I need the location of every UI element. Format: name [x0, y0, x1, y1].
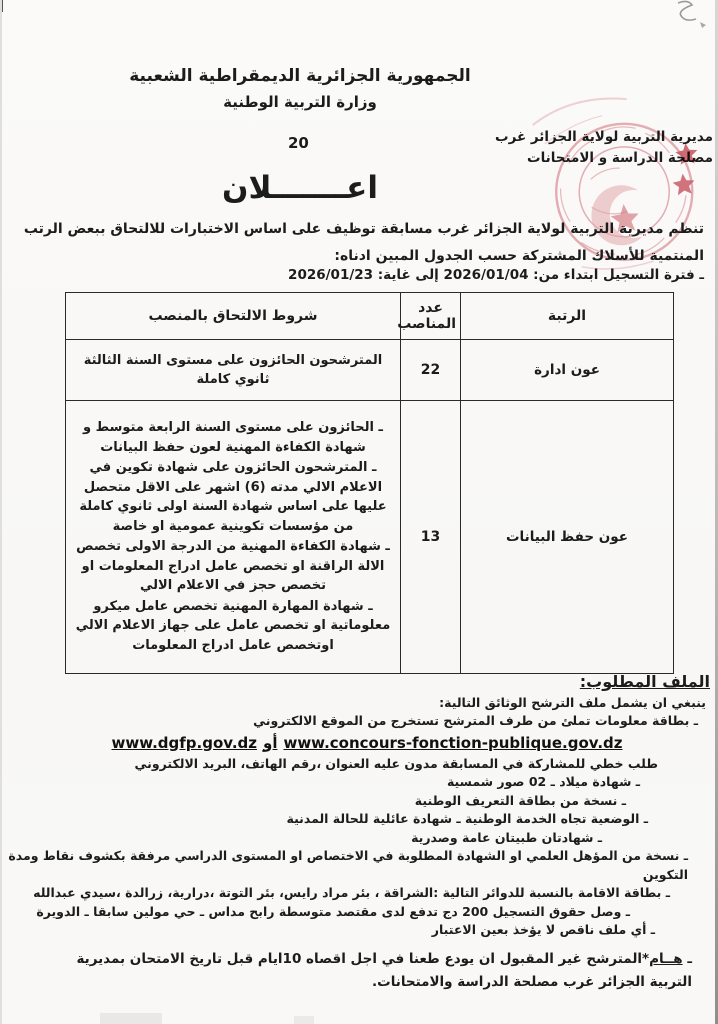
condition-line: ـ المترشحون الحائزون على شهادة تكوين في … — [70, 458, 396, 536]
stamp-red-star-icon — [672, 172, 696, 195]
header-conditions: شروط الالتحاق بالمنصب — [66, 293, 401, 340]
file-item: ـ شهادة ميلاد ـ 02 صور شمسية — [4, 773, 710, 792]
scanned-document-page: الجمهورية الجزائرية الديمقراطية الشعبية … — [0, 0, 718, 1024]
header-positions-count: عدد المناصب — [401, 293, 461, 340]
file-item: ـ نسخة من بطاقة التعريف الوطنية — [4, 792, 710, 811]
scan-artifact-smudge — [100, 1013, 162, 1024]
websites-line: www.concours-fonction-publique.gov.dzأوw… — [4, 731, 710, 755]
url-secondary-link: www.dgfp.gov.dz — [111, 734, 257, 752]
file-item: ـ أي ملف ناقص لا يؤخذ بعين الاعتبار — [4, 921, 710, 940]
url-or-separator: أو — [257, 734, 283, 752]
intro-paragraph: تنظم مديرية التربية لولاية الجزائر غرب م… — [12, 216, 704, 270]
file-item: ـ نسخة من المؤهل العلمي او الشهادة المطل… — [4, 847, 710, 884]
url-primary-link: www.concours-fonction-publique.gov.dz — [283, 734, 622, 752]
note-label: هــام — [649, 951, 683, 967]
scan-edge-left — [0, 0, 2, 1024]
header-rank: الرتبة — [461, 293, 674, 340]
conditions-cell: ـ الحائزون على مستوى السنة الرابعة متوسط… — [66, 401, 401, 674]
condition-line: ـ شهادة المهارة المهنية تخصص عامل ميكرو … — [70, 597, 396, 656]
condition-line: ـ شهادة الكفاءة المهنية من الدرجة الاولى… — [70, 537, 396, 596]
condition-line: ـ الحائزون على مستوى السنة الرابعة متوسط… — [70, 418, 396, 457]
recruitment-table: الرتبة عدد المناصب شروط الالتحاق بالمنصب… — [65, 292, 673, 674]
required-file-intro: ينبغي ان يشمل ملف الترشح الوثائق التالية… — [4, 694, 710, 712]
header-republic-line: الجمهورية الجزائرية الديمقراطية الشعبية — [0, 66, 600, 86]
registration-period: ـ فترة التسجيل ابتداء من: 2026/01/04 إلى… — [12, 267, 704, 283]
table-header-row: الرتبة عدد المناصب شروط الالتحاق بالمنصب — [66, 293, 674, 340]
rank-cell: عون حفظ البيانات — [461, 401, 674, 674]
file-item: طلب خطي للمشاركة في المسابقة مدون عليه ا… — [4, 755, 710, 774]
conditions-cell: المترشحون الحائزون على مستوى السنة الثال… — [66, 340, 401, 401]
header-directorate-line: مديرية التربية لولاية الجزائر غرب — [443, 127, 713, 148]
note-dash: ـ — [683, 951, 692, 967]
rank-cell: عون ادارة — [461, 340, 674, 401]
positions-count-cell: 13 — [401, 401, 461, 674]
important-note: ـ هــام*المترشح غير المقبول ان يودع طعنا… — [32, 948, 710, 994]
file-item: ـ شهادتان طبيتان عامة وصدرية — [4, 829, 710, 848]
required-file-section: الملف المطلوب: ينبغي ان يشمل ملف الترشح … — [4, 670, 710, 994]
announcement-title: اعـــــــلان — [0, 170, 600, 206]
note-text: *المترشح غير المقبول ان يودع طعنا في اجل… — [76, 951, 692, 990]
file-item-info-card: ـ بطاقة معلومات تملئ من طرف المترشح تستخ… — [4, 712, 710, 731]
table-row: عون حفظ البيانات 13 ـ الحائزون على مستوى… — [66, 401, 674, 674]
file-item: ـ بطاقة الاقامة بالنسبة للدوائر التالية … — [4, 884, 710, 903]
header-service-line: مصلحة الدراسة و الامتحانات — [443, 148, 713, 169]
positions-count-cell: 22 — [401, 340, 461, 401]
required-file-heading: الملف المطلوب: — [4, 670, 710, 694]
file-item: ـ الوضعية تجاه الخدمة الوطنية ـ شهادة عا… — [4, 810, 710, 829]
pencil-mark — [648, 0, 712, 34]
scan-artifact-smudge — [294, 1016, 314, 1024]
file-item: ـ وصل حقوق التسجيل 200 دج تدفع لدى مقتصد… — [4, 903, 710, 922]
header-ministry-line: وزارة التربية الوطنية — [0, 93, 600, 111]
table-row: عون ادارة 22 المترشحون الحائزون على مستو… — [66, 340, 674, 401]
header-number: 20 — [288, 134, 309, 152]
